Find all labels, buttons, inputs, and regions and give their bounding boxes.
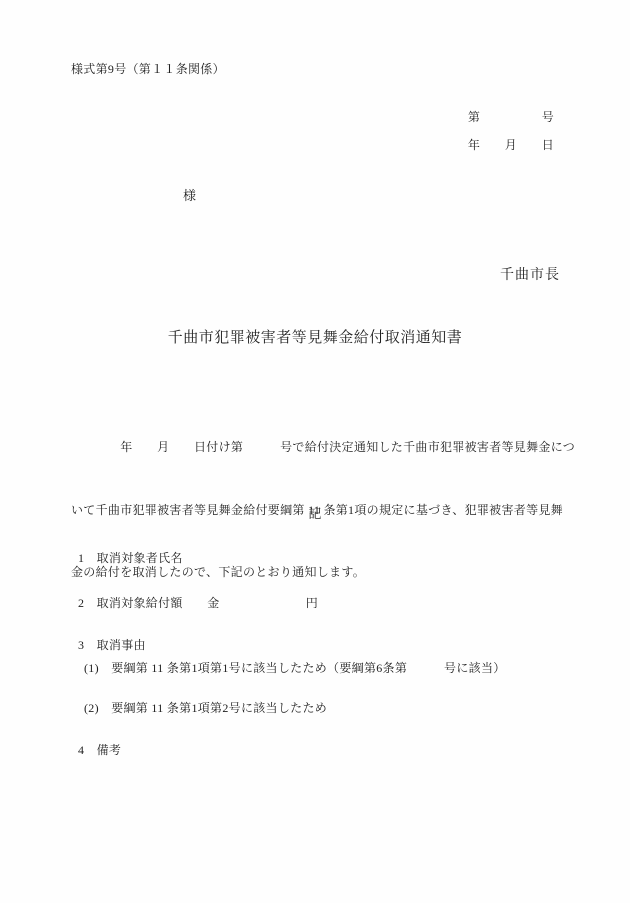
record-marker: 記 [0, 506, 630, 522]
date-blank-line: 年 月 日 [468, 138, 554, 152]
document-number-blank-line: 第 号 [468, 110, 554, 124]
body-line-1: 年 月 日付け第 号で給付決定通知した千曲市犯罪被害者等見舞金につ [71, 430, 563, 464]
sender-signature: 千曲市長 [500, 268, 560, 285]
document-title: 千曲市犯罪被害者等見舞金給付取消通知書 [0, 329, 630, 347]
item-3-reason-1: (1) 要綱第 11 条第1項第1号に該当したため（要綱第6条第 号に該当） [84, 661, 506, 675]
item-2-cancellation-target-amount: 2 取消対象給付額 金 円 [78, 596, 318, 610]
item-1-cancellation-target-name: 1 取消対象者氏名 [78, 551, 183, 565]
item-3-reason-2: (2) 要綱第 11 条第1項第2号に該当したため [84, 701, 327, 715]
recipient-honorific: 様 [183, 188, 196, 204]
item-4-remarks: 4 備考 [78, 743, 121, 757]
item-3-cancellation-reason: 3 取消事由 [78, 638, 146, 652]
document-page: 様式第9号（第１１条関係） 第 号 年 月 日 様 千曲市長 千曲市犯罪被害者等… [0, 0, 630, 903]
form-number-label: 様式第9号（第１１条関係） [71, 62, 225, 76]
